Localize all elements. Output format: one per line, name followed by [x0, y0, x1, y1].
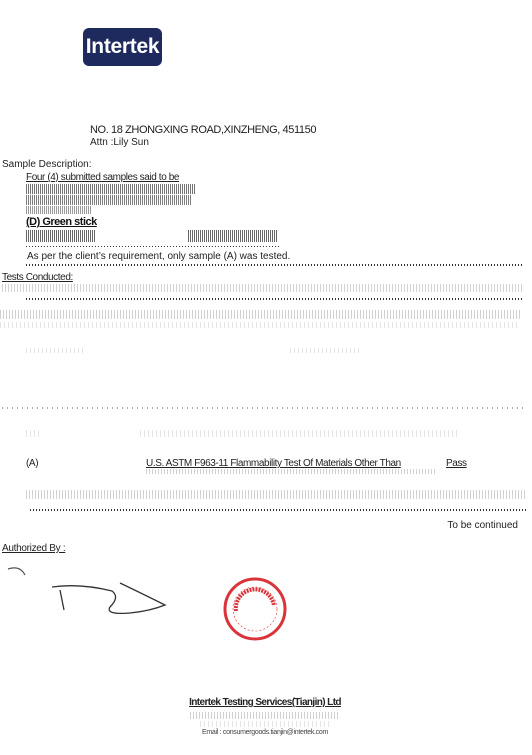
test-name-text: U.S. ASTM F963-11 Flammability Test Of M…: [146, 458, 401, 469]
redacted-text: [26, 348, 86, 353]
redacted-text: [146, 469, 436, 474]
redacted-text: [26, 206, 91, 214]
redacted-text: [2, 284, 522, 292]
signature: [0, 555, 180, 620]
footer-company: Intertek Testing Services(Tianjin) Ltd: [180, 697, 350, 708]
sample-item-d: (D) Green stick: [26, 216, 97, 228]
redacted-text: [0, 322, 520, 328]
redacted-text: [26, 184, 196, 194]
redacted-text: [26, 490, 526, 499]
attention-line: Attn :Lily Sun: [90, 137, 149, 148]
to-be-continued: To be continued: [447, 520, 518, 531]
redacted-text: [140, 430, 460, 437]
divider: [2, 407, 527, 409]
divider: [26, 298, 522, 300]
authorized-by-label: Authorized By :: [2, 543, 65, 554]
test-name: U.S. ASTM F963-11 Flammability Test Of M…: [146, 458, 401, 469]
redacted-text: [26, 195, 191, 205]
redacted-text: [26, 230, 96, 242]
sample-note: As per the client’s requirement, only sa…: [27, 251, 290, 262]
redacted-text: [290, 348, 360, 353]
company-stamp: [222, 576, 288, 642]
redacted-text: [0, 310, 520, 319]
divider: [26, 264, 522, 266]
tests-conducted-label: Tests Conducted:: [2, 272, 73, 283]
redacted-text: [200, 721, 330, 727]
redacted-text: [26, 430, 40, 437]
footer-email: Email : consumergoods.tianjin@intertek.c…: [190, 729, 340, 736]
sample-description-label: Sample Description:: [2, 159, 91, 170]
sample-intro: Four (4) submitted samples said to be: [26, 172, 179, 183]
intertek-logo: Intertek: [83, 28, 162, 66]
test-result: Pass: [446, 458, 467, 469]
redacted-text: [190, 712, 340, 719]
redacted-text: [188, 230, 278, 242]
divider: [26, 246, 281, 247]
divider: [30, 509, 526, 511]
test-sample-id: (A): [26, 458, 38, 469]
client-address: NO. 18 ZHONGXING ROAD,XINZHENG, 451150: [90, 124, 316, 136]
